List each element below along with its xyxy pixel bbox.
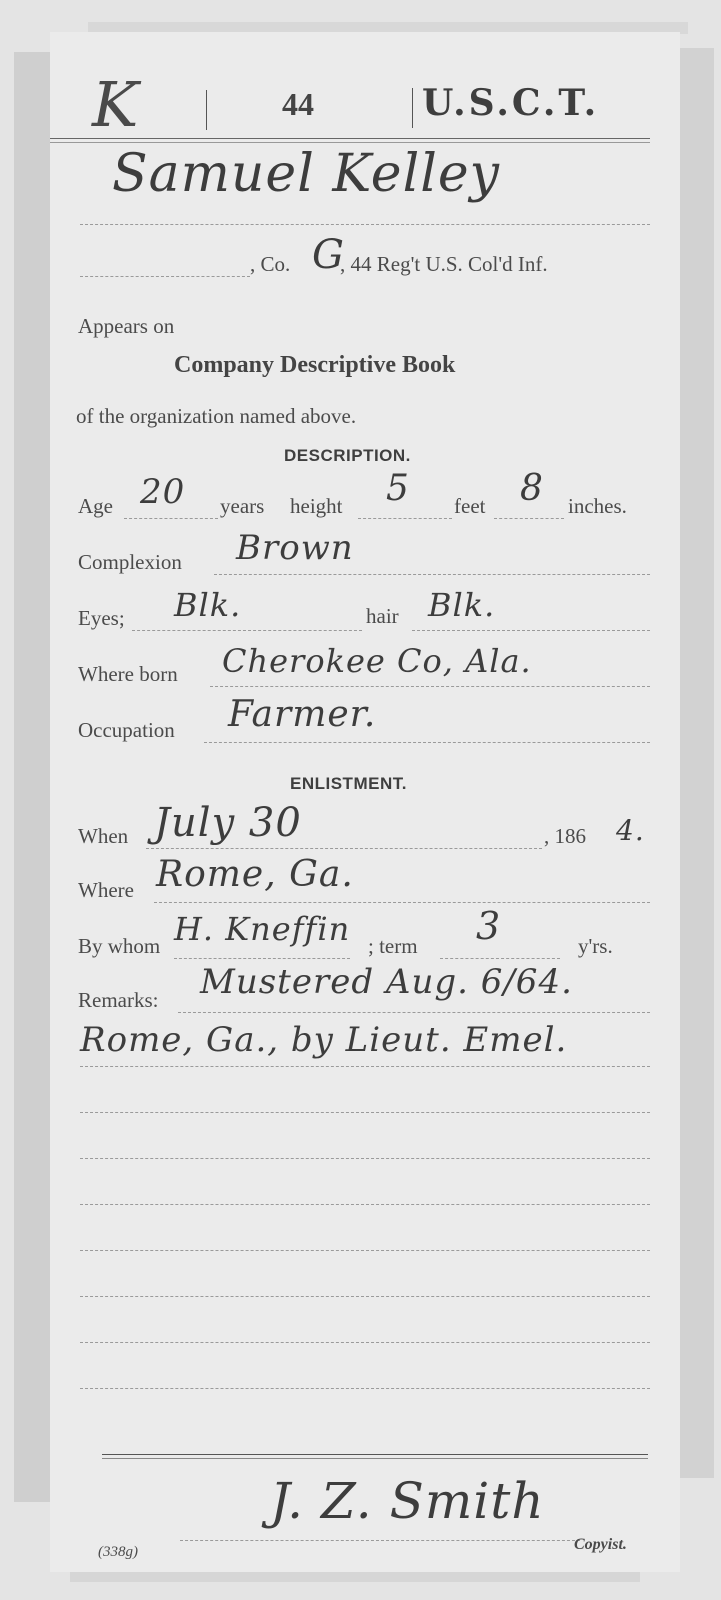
where-born-value: Cherokee Co, Ala. [222,642,532,680]
hair-label: hair [366,604,399,629]
header-divider-1 [206,90,207,130]
hair-value: Blk. [428,586,495,624]
scan-shadow-bottom [70,1572,640,1582]
header-divider-2 [412,88,413,128]
name-line [80,224,650,225]
organization-text: of the organization named above. [76,404,356,429]
enlistment-heading: ENLISTMENT. [290,774,407,794]
where-label: Where [78,878,134,903]
occupation-line [204,742,650,743]
occupation-label: Occupation [78,718,175,743]
regiment-suffix: , 44 Reg't U.S. Col'd Inf. [340,252,548,277]
footer-rule [102,1454,648,1455]
hair-line [412,630,650,631]
where-value: Rome, Ga. [156,854,354,895]
company-prefix: , Co. [250,252,290,277]
where-born-label: Where born [78,662,178,687]
height-feet-line [358,518,452,519]
complexion-value: Brown [236,528,354,568]
years-label: years [220,494,264,519]
blank-line-4 [80,1158,650,1159]
copyist-label: Copyist. [574,1536,627,1554]
feet-label: feet [454,494,485,519]
where-line [154,902,650,903]
blank-line-7 [80,1296,650,1297]
height-inches-value: 8 [520,468,544,509]
occupation-value: Farmer. [228,694,376,735]
height-inches-line [494,518,564,519]
by-whom-label: By whom [78,934,160,959]
blank-line-3 [80,1112,650,1113]
term-unit: y'rs. [578,934,613,959]
height-label: height [290,494,343,519]
term-value: 3 [476,904,501,948]
remarks-line-1 [178,1012,650,1013]
header-rule [50,138,650,139]
year-prefix: , 186 [544,824,586,849]
description-heading: DESCRIPTION. [284,446,411,466]
blank-line-9 [80,1388,650,1389]
where-born-line [210,686,650,687]
remarks-line-2 [80,1066,650,1067]
remarks-text-1: Mustered Aug. 6/64. [200,962,573,1002]
appears-on-label: Appears on [78,314,174,339]
initial-letter: K [92,68,139,141]
book-title: Company Descriptive Book [174,352,455,379]
when-value: July 30 [154,800,302,846]
complexion-label: Complexion [78,550,182,575]
year-digit: 4. [616,814,645,847]
term-line [440,958,560,959]
scan-shadow-right [680,48,714,1478]
form-number: (338g) [98,1544,138,1561]
eyes-line [132,630,362,631]
branch-title: U.S.C.T. [422,82,599,124]
blank-line-6 [80,1250,650,1251]
remarks-label: Remarks: [78,988,158,1013]
blank-line-5 [80,1204,650,1205]
remarks-text-2: Rome, Ga., by Lieut. Emel. [80,1020,567,1060]
height-feet-value: 5 [386,468,410,509]
footer-rule-2 [102,1458,648,1459]
company-leading-line [80,276,250,277]
scan-shadow-left [14,52,54,1502]
eyes-value: Blk. [174,586,241,624]
age-value: 20 [140,472,185,512]
inches-label: inches. [568,494,627,519]
signature-line [180,1540,580,1541]
eyes-label: Eyes; [78,606,125,631]
age-label: Age [78,494,113,519]
age-line [124,518,218,519]
blank-line-8 [80,1342,650,1343]
header-rule-2 [50,142,650,143]
soldier-name: Samuel Kelley [112,144,500,204]
when-label: When [78,824,128,849]
by-whom-value: H. Kneffin [174,910,350,948]
service-record-card: K 44 U.S.C.T. Samuel Kelley , Co. G , 44… [50,32,680,1572]
when-line [146,848,542,849]
copyist-signature: J. Z. Smith [270,1472,545,1530]
regiment-number: 44 [282,86,314,123]
by-whom-line [174,958,350,959]
term-label: ; term [368,934,418,959]
complexion-line [214,574,650,575]
